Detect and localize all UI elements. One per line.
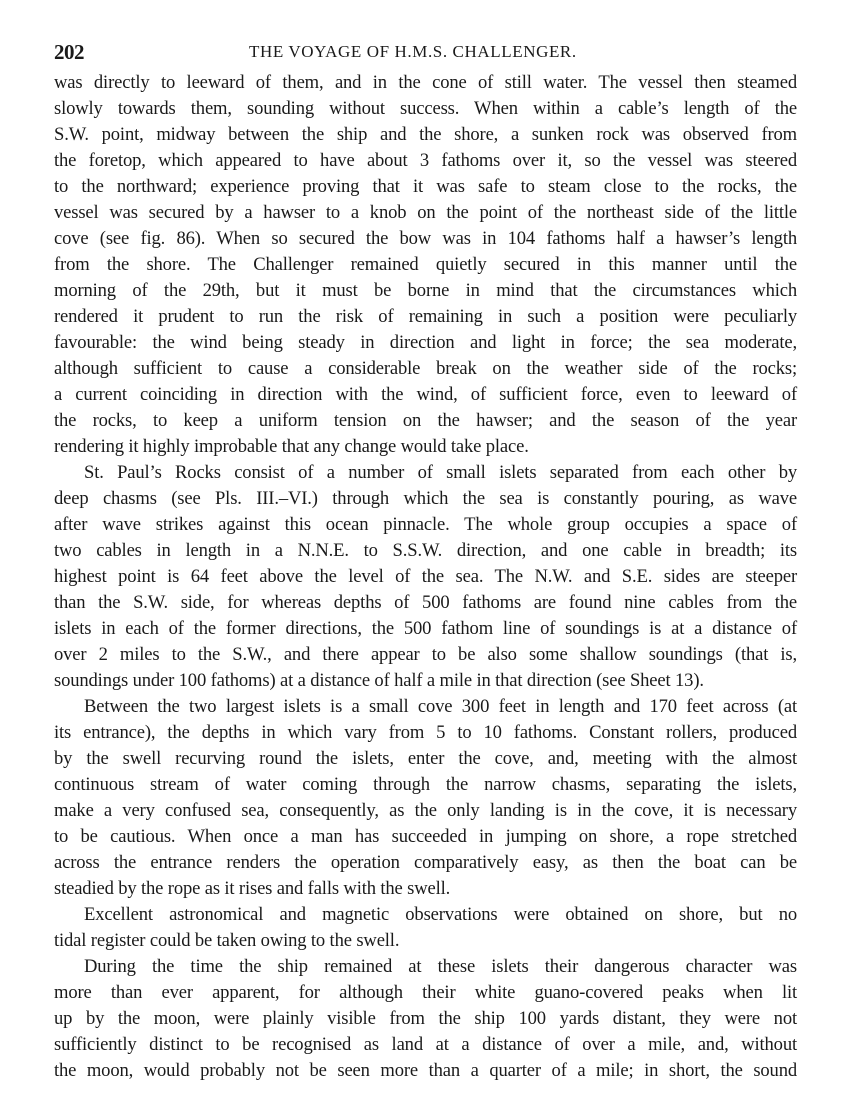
text-line: was directly to leeward of them, and in … (54, 70, 797, 96)
text-line: Excellent astronomical and magnetic obse… (54, 902, 797, 928)
text-line: the rocks, to keep a uniform tension on … (54, 408, 797, 434)
text-line: after wave strikes against this ocean pi… (54, 512, 797, 538)
text-line: the moon, would probably not be seen mor… (54, 1058, 797, 1084)
text-line: morning of the 29th, but it must be born… (54, 278, 797, 304)
text-line: tidal register could be taken owing to t… (54, 928, 797, 954)
running-title: THE VOYAGE OF H.M.S. CHALLENGER. (249, 42, 577, 62)
text-line: up by the moon, were plainly visible fro… (54, 1006, 797, 1032)
text-line: two cables in length in a N.N.E. to S.S.… (54, 538, 797, 564)
text-line: over 2 miles to the S.W., and there appe… (54, 642, 797, 668)
body-text: was directly to leeward of them, and in … (54, 70, 797, 1084)
text-line: from the shore. The Challenger remained … (54, 252, 797, 278)
text-line: than the S.W. side, for whereas depths o… (54, 590, 797, 616)
text-line: a current coinciding in direction with t… (54, 382, 797, 408)
text-line: more than ever apparent, for although th… (54, 980, 797, 1006)
text-line: vessel was secured by a hawser to a knob… (54, 200, 797, 226)
text-line: continuous stream of water coming throug… (54, 772, 797, 798)
text-line: cove (see fig. 86). When so secured the … (54, 226, 797, 252)
paragraph-observations: Excellent astronomical and magnetic obse… (54, 902, 797, 954)
paragraph-dangerous-character: During the time the ship remained at the… (54, 954, 797, 1084)
text-line: sufficiently distinct to be recognised a… (54, 1032, 797, 1058)
paragraph-continuation: was directly to leeward of them, and in … (54, 70, 797, 460)
running-head: 202 THE VOYAGE OF H.M.S. CHALLENGER. (54, 40, 797, 68)
text-line: slowly towards them, sounding without su… (54, 96, 797, 122)
text-line: deep chasms (see Pls. III.–VI.) through … (54, 486, 797, 512)
text-line: rendering it highly improbable that any … (54, 434, 797, 460)
text-line: Between the two largest islets is a smal… (54, 694, 797, 720)
book-page: 202 THE VOYAGE OF H.M.S. CHALLENGER. was… (0, 0, 850, 1100)
text-line: favourable: the wind being steady in dir… (54, 330, 797, 356)
page-number: 202 (54, 40, 84, 65)
text-line: S.W. point, midway between the ship and … (54, 122, 797, 148)
text-line: steadied by the rope as it rises and fal… (54, 876, 797, 902)
text-line: the foretop, which appeared to have abou… (54, 148, 797, 174)
paragraph-cove: Between the two largest islets is a smal… (54, 694, 797, 902)
paragraph-st-pauls-rocks: St. Paul’s Rocks consist of a number of … (54, 460, 797, 694)
text-line: to the northward; experience proving tha… (54, 174, 797, 200)
text-line: by the swell recurving round the islets,… (54, 746, 797, 772)
text-line: across the entrance renders the operatio… (54, 850, 797, 876)
text-line: islets in each of the former directions,… (54, 616, 797, 642)
text-line: soundings under 100 fathoms) at a distan… (54, 668, 797, 694)
text-line: although sufficient to cause a considera… (54, 356, 797, 382)
text-line: highest point is 64 feet above the level… (54, 564, 797, 590)
text-line: St. Paul’s Rocks consist of a number of … (54, 460, 797, 486)
text-line: to be cautious. When once a man has succ… (54, 824, 797, 850)
text-line: its entrance), the depths in which vary … (54, 720, 797, 746)
text-line: make a very confused sea, consequently, … (54, 798, 797, 824)
text-line: rendered it prudent to run the risk of r… (54, 304, 797, 330)
text-line: During the time the ship remained at the… (54, 954, 797, 980)
